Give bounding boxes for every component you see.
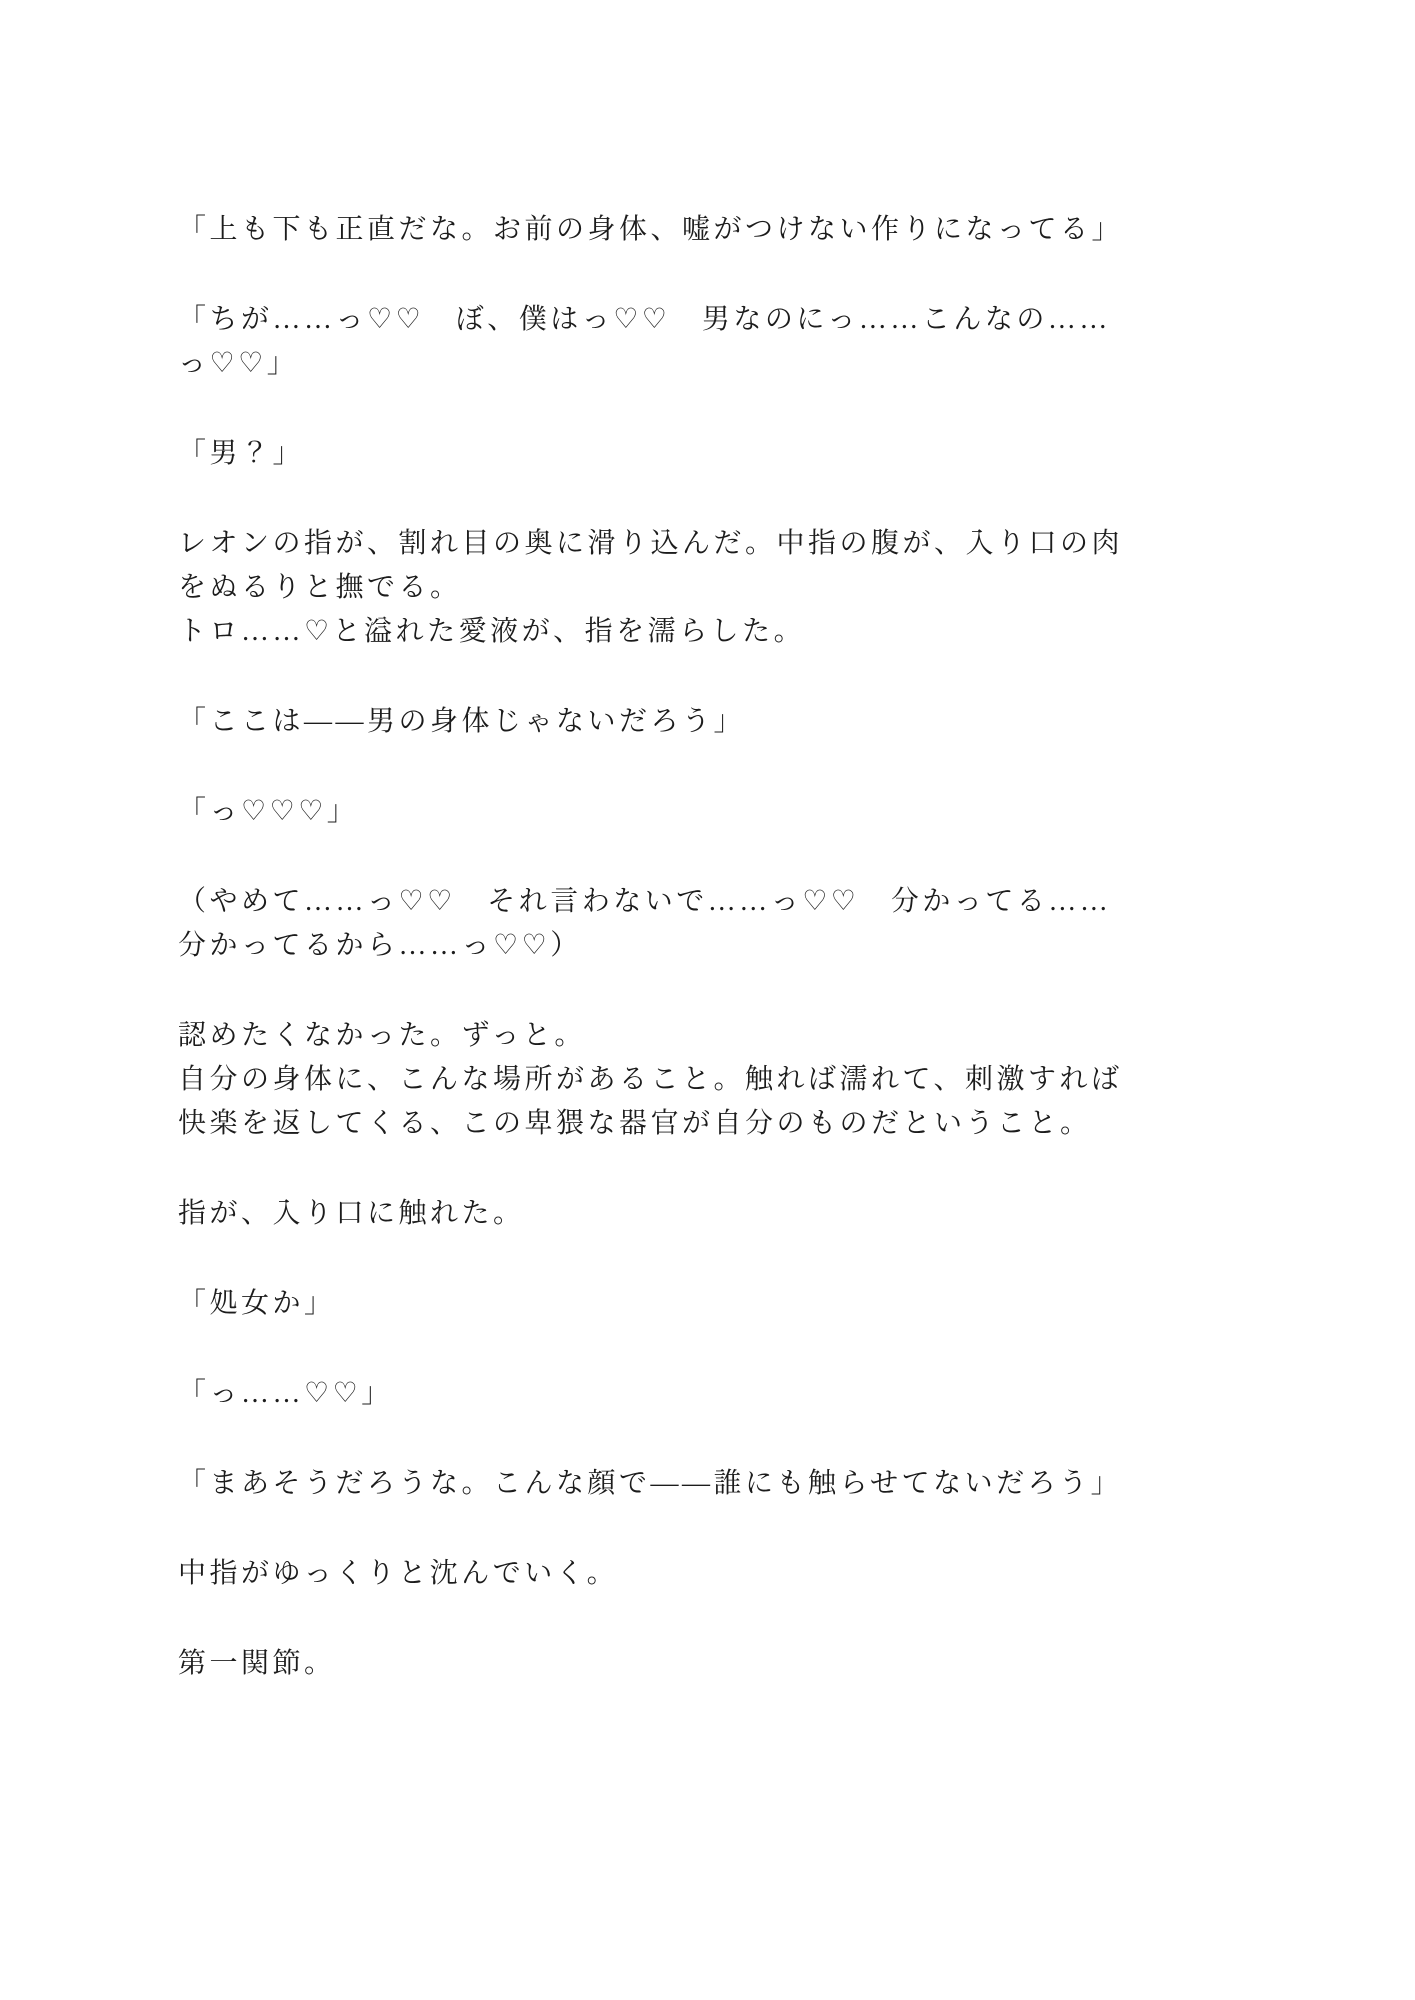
paragraph: 「ちが……っ♡♡ ぼ、僕はっ♡♡ 男なのにっ……こんなの……っ♡♡」: [178, 298, 1178, 386]
paragraph: 「上も下も正直だな。お前の身体、嘘がつけない作りになってる」: [178, 208, 1178, 252]
paragraph: 「っ……♡♡」: [178, 1372, 1178, 1416]
paragraph: 「ここは——男の身体じゃないだろう」: [178, 700, 1178, 744]
paragraph: 「っ♡♡♡」: [178, 790, 1178, 834]
paragraph: 指が、入り口に触れた。: [178, 1192, 1178, 1236]
paragraph: 認めたくなかった。ずっと。自分の身体に、こんな場所があること。触れば濡れて、刺激…: [178, 1014, 1178, 1146]
story-text: 「上も下も正直だな。お前の身体、嘘がつけない作りになってる」「ちが……っ♡♡ ぼ…: [178, 208, 1178, 1732]
document-page: 「上も下も正直だな。お前の身体、嘘がつけない作りになってる」「ちが……っ♡♡ ぼ…: [0, 0, 1415, 2000]
paragraph: 第一関節。: [178, 1642, 1178, 1686]
paragraph: 「男？」: [178, 432, 1178, 476]
paragraph: 「まあそうだろうな。こんな顔で——誰にも触らせてないだろう」: [178, 1462, 1178, 1506]
paragraph: （やめて……っ♡♡ それ言わないで……っ♡♡ 分かってる……分かってるから……っ…: [178, 880, 1178, 968]
paragraph: 中指がゆっくりと沈んでいく。: [178, 1552, 1178, 1596]
paragraph: 「処女か」: [178, 1282, 1178, 1326]
paragraph: レオンの指が、割れ目の奥に滑り込んだ。中指の腹が、入り口の肉をぬるりと撫でる。ト…: [178, 522, 1178, 654]
